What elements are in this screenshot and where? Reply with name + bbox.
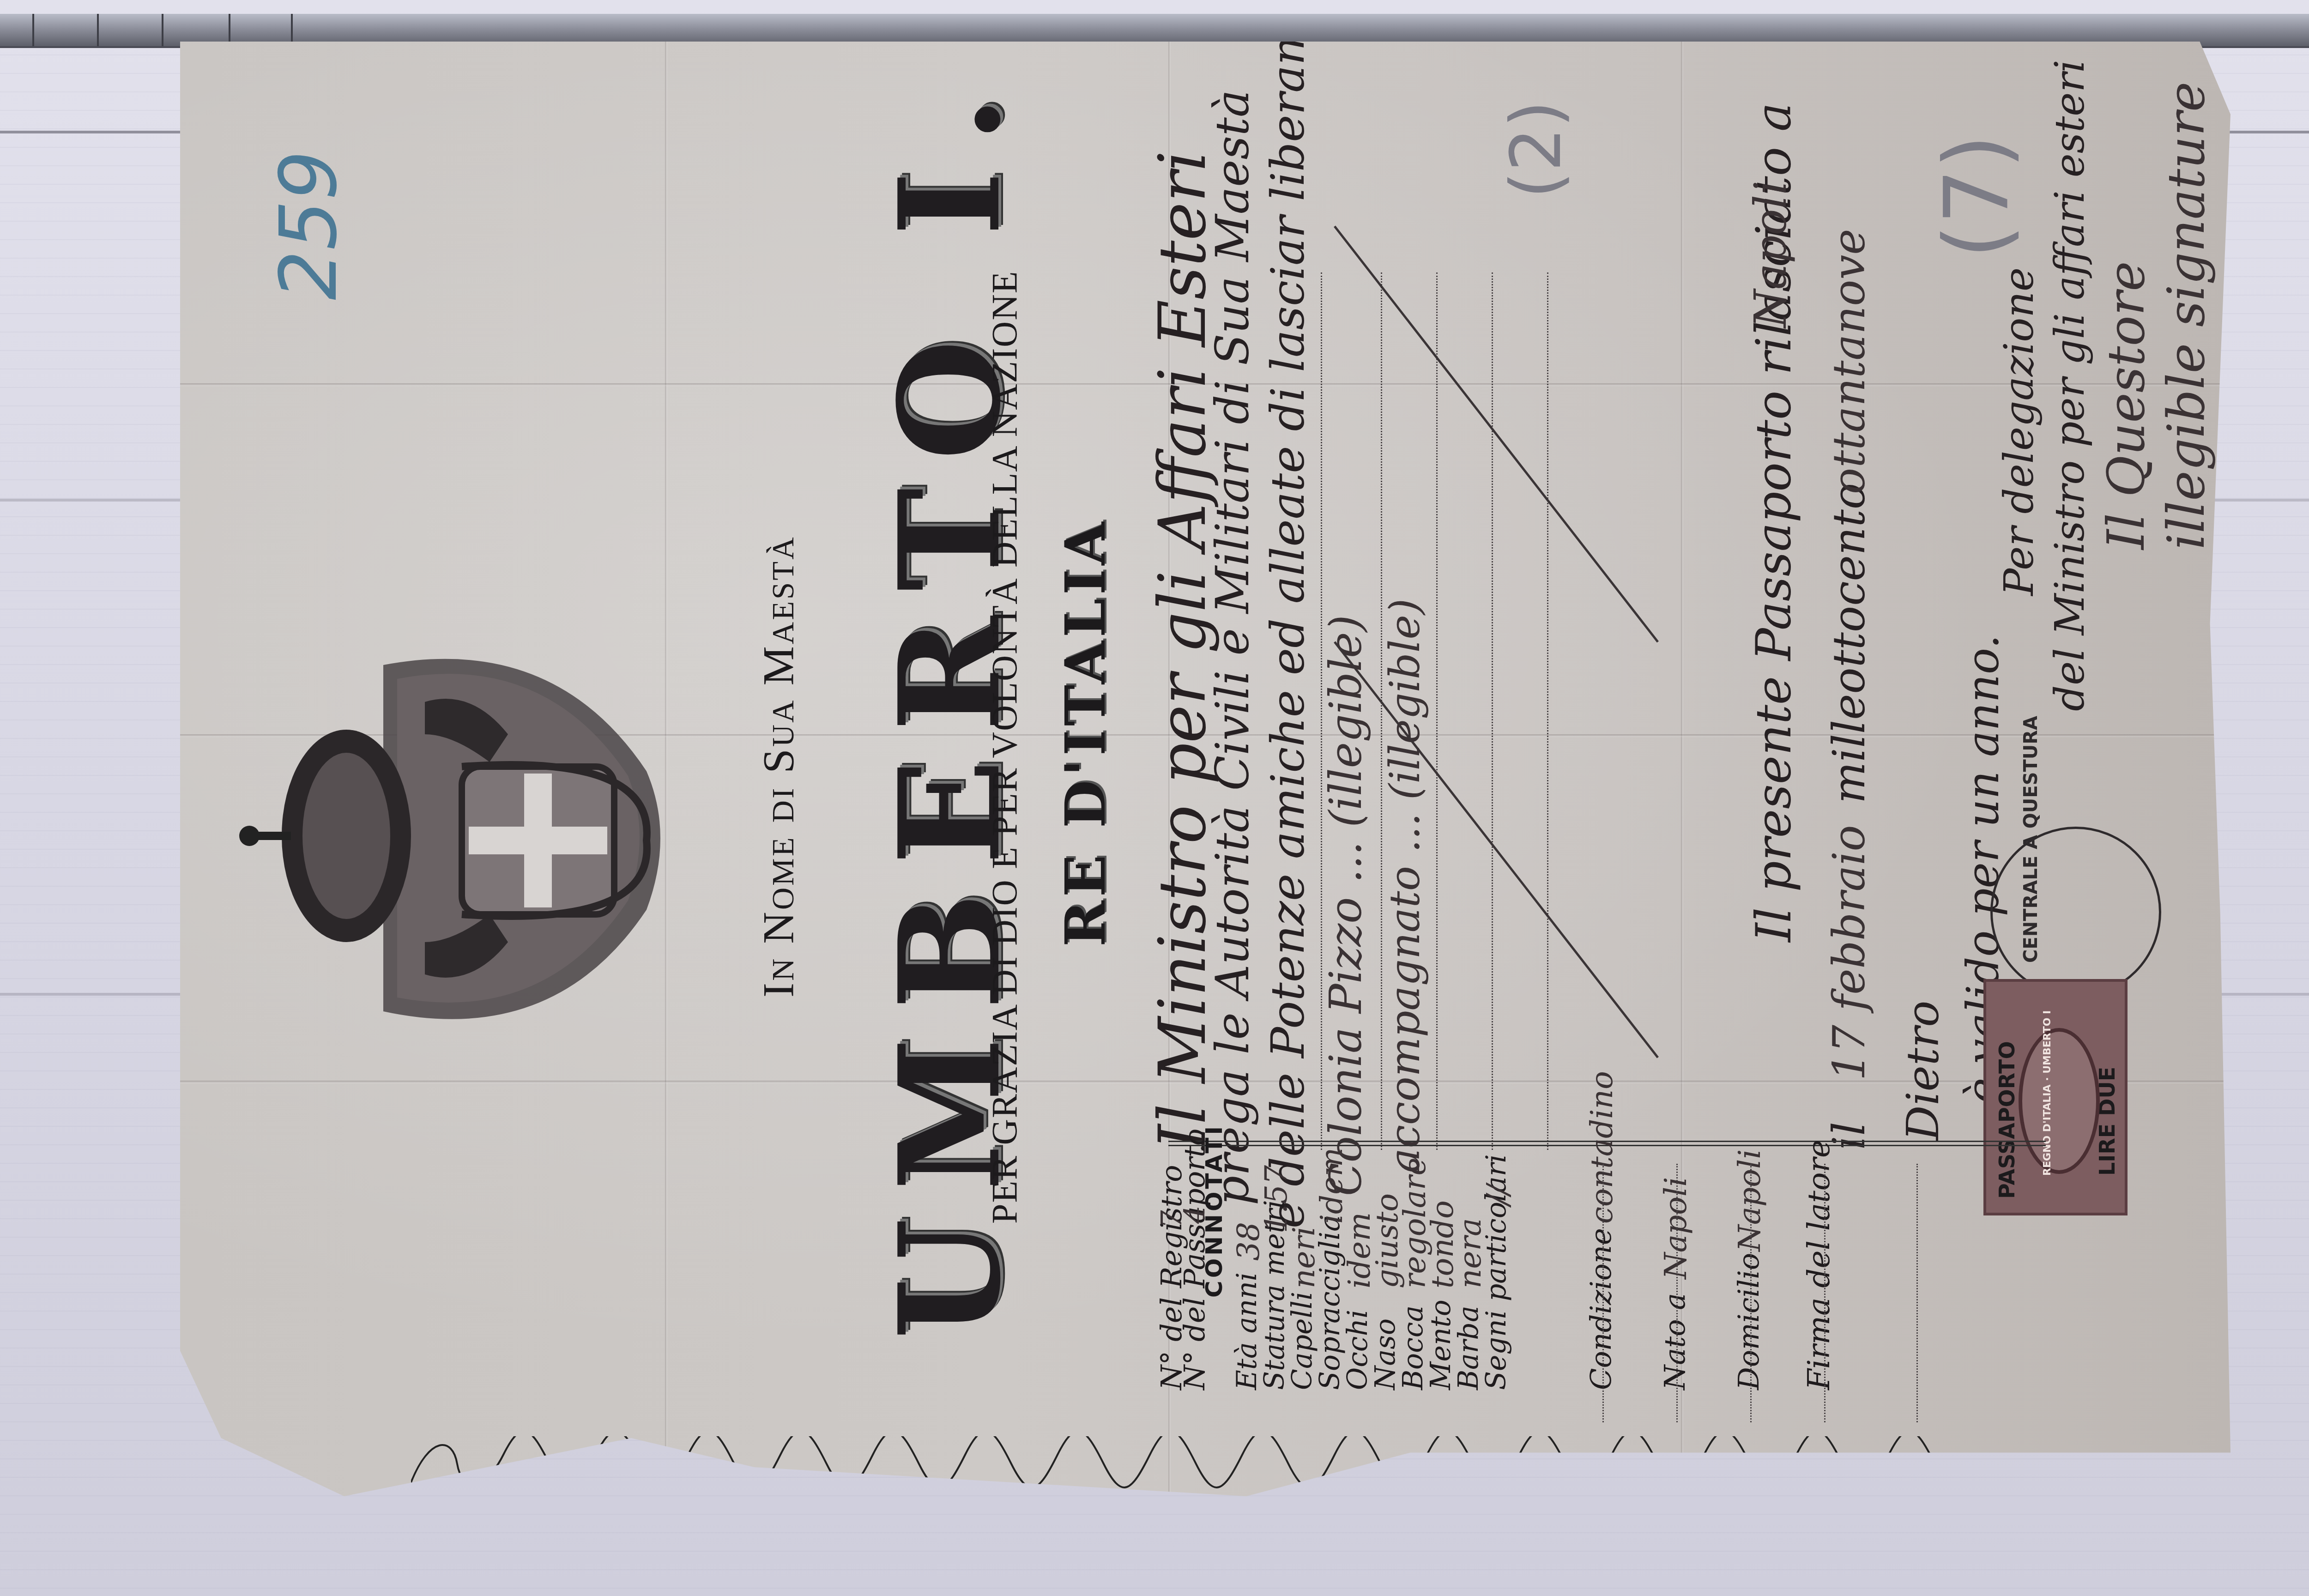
- stamp-ring-text: REGNO D'ITALIA · UMBERTO I: [2042, 1010, 2053, 1176]
- passport-document: 259 (2) (7) In Nome di Sua Maestà UMBERT…: [180, 42, 2230, 1496]
- dotted-rule: [1916, 1164, 1918, 1422]
- questore-signature-title: Il Questore: [2097, 261, 2156, 550]
- hinge-knuckle: [97, 14, 99, 46]
- personal-value: Napoli: [1732, 1149, 1767, 1251]
- savoy-coat-of-arms-icon: [231, 596, 693, 1081]
- cancellation-strokes: [1288, 180, 1704, 1196]
- connotati-value: //: [1480, 1185, 1516, 1205]
- pencil-mark: (7): [1926, 134, 2028, 259]
- validity-date: 17 febbraio: [1824, 825, 1875, 1081]
- personal-label: Condizione: [1584, 1228, 1618, 1390]
- connotati-heading: CONNOTATI: [1201, 1124, 1227, 1298]
- questura-seal: CENTRALE A QUESTURA: [1990, 827, 2161, 997]
- king-portrait-icon: [2019, 1028, 2100, 1174]
- archive-number: 259: [263, 151, 355, 300]
- personal-label: Nato a: [1658, 1293, 1692, 1390]
- dotted-rule: [1676, 1164, 1678, 1422]
- dotted-rule: [1602, 1164, 1604, 1422]
- seal-text: CENTRALE A QUESTURA: [2020, 716, 2042, 963]
- hinge-knuckle: [229, 14, 230, 46]
- validity-year: ottantanove: [1824, 229, 1875, 494]
- validity-place: Napoli: [1746, 181, 1796, 328]
- validity-year-label: milleottocento: [1824, 483, 1875, 804]
- official-signature: illegible signature: [2157, 82, 2216, 550]
- delegation-minister: del Ministro per gli affari esteri: [2046, 60, 2093, 711]
- divine-formula: PER GRAZIA DI DIO E PER VOLONTÀ DELLA NA…: [984, 271, 1025, 1224]
- hinge-knuckle: [291, 14, 293, 46]
- hinge-knuckle: [32, 14, 34, 46]
- validity-dietro-label: Dietro: [1898, 1000, 1949, 1141]
- revenue-stamp: PASSAPORTO LIRE DUE REGNO D'ITALIA · UMB…: [1983, 979, 2128, 1215]
- preamble-text: In Nome di Sua Maestà: [753, 535, 804, 997]
- body-line-authorities: prega le Autorità Civili e Militari di S…: [1205, 90, 1259, 1205]
- stamp-left-text: PASSAPORTO: [1995, 1041, 2019, 1199]
- personal-value: contadino: [1584, 1071, 1620, 1224]
- dotted-rule: [1750, 1164, 1752, 1422]
- hinge-knuckle: [162, 14, 163, 46]
- kingdom-title: RE D'ITALIA: [1053, 519, 1118, 947]
- delegation-label: Per delegazione: [1995, 267, 2043, 596]
- connotati-value: 1.57: [1258, 1165, 1294, 1233]
- personal-value: Napoli: [1658, 1177, 1693, 1279]
- personal-label: Domicilio: [1732, 1253, 1765, 1390]
- dotted-rule: [1824, 1164, 1825, 1422]
- personal-label: Firma del latore: [1801, 1140, 1837, 1390]
